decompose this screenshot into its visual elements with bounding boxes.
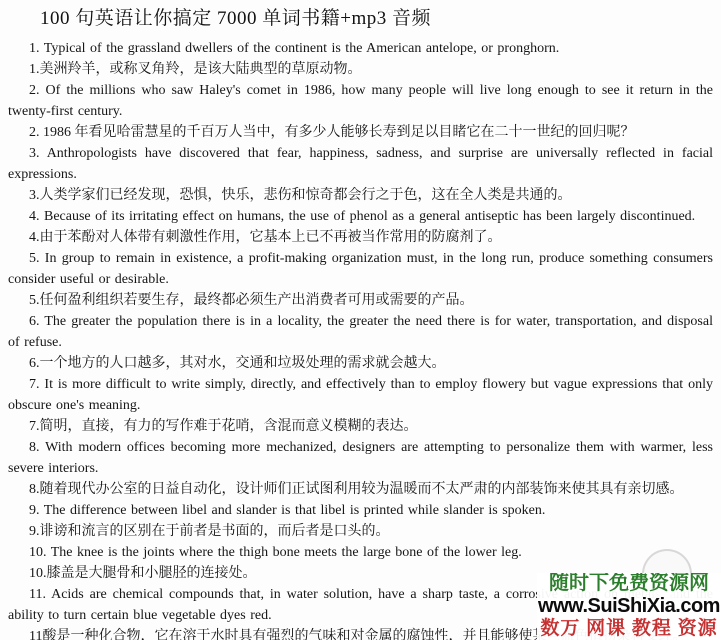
document-page: 100 句英语让你搞定 7000 单词书籍+mp3 音频 1. Typical … bbox=[0, 0, 721, 640]
sentence-7-en: 7. It is more difficult to write simply,… bbox=[8, 374, 713, 416]
sentence-3-cn: 3.人类学家们已经发现，恐惧，快乐，悲伤和惊奇都会行之于色，这在全人类是共通的。 bbox=[8, 185, 713, 206]
sentence-2-en: 2. Of the millions who saw Haley's comet… bbox=[8, 80, 713, 122]
sentence-4-cn: 4.由于苯酚对人体带有刺激性作用，它基本上已不再被当作常用的防腐剂了。 bbox=[8, 227, 713, 248]
watermark-site-url: www.SuiShiXia.com bbox=[538, 595, 720, 617]
sentence-2-cn: 2. 1986 年看见哈雷慧星的千百万人当中，有多少人能够长寿到足以目睹它在二十… bbox=[8, 122, 713, 143]
sentence-5-cn: 5.任何盈利组织若要生存，最终都必须生产出消费者可用或需要的产品。 bbox=[8, 290, 713, 311]
sentence-4-en: 4. Because of its irritating effect on h… bbox=[8, 206, 713, 227]
sentence-8-en: 8. With modern offices becoming more mec… bbox=[8, 437, 713, 479]
sentence-1-cn: 1.美洲羚羊，或称叉角羚，是该大陆典型的草原动物。 bbox=[8, 59, 713, 80]
sentence-5-en: 5. In group to remain in existence, a pr… bbox=[8, 248, 713, 290]
sentence-6-cn: 6.一个地方的人口越多，其对水，交通和垃圾处理的需求就会越大。 bbox=[8, 353, 713, 374]
sentence-1-en: 1. Typical of the grassland dwellers of … bbox=[8, 38, 713, 59]
sentence-10-en: 10. The knee is the joints where the thi… bbox=[8, 542, 713, 563]
sentence-9-en: 9. The difference between libel and slan… bbox=[8, 500, 713, 521]
watermark: 随时下免费资源网 www.SuiShiXia.com 数万 网课 教程 资源 bbox=[537, 573, 721, 640]
page-title: 100 句英语让你搞定 7000 单词书籍+mp3 音频 bbox=[40, 7, 713, 31]
sentence-8-cn: 8.随着现代办公室的日益自动化，设计师们正试图利用较为温暖而不太严肃的内部装饰来… bbox=[8, 479, 713, 500]
sentence-6-en: 6. The greater the population there is i… bbox=[8, 311, 713, 353]
watermark-site-name: 随时下免费资源网 bbox=[549, 573, 709, 595]
sentence-list: 1. Typical of the grassland dwellers of … bbox=[8, 38, 713, 640]
sentence-3-en: 3. Anthropologists have discovered that … bbox=[8, 143, 713, 185]
watermark-tagline: 数万 网课 教程 资源 bbox=[540, 617, 717, 640]
sentence-9-cn: 9.诽谤和流言的区别在于前者是书面的，而后者是口头的。 bbox=[8, 521, 713, 542]
sentence-7-cn: 7.简明，直接，有力的写作难于花哨，含混而意义模糊的表达。 bbox=[8, 416, 713, 437]
